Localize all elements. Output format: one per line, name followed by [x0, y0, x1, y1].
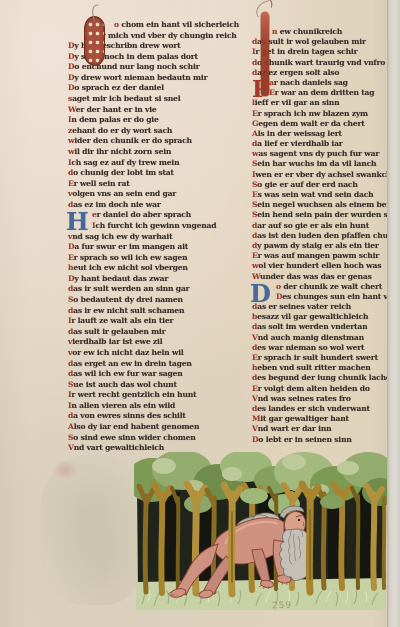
rubricated-letter: d [252, 221, 257, 230]
rubricated-letter: d [252, 37, 257, 46]
rubricated-letter: d [68, 411, 73, 420]
eye [298, 519, 300, 521]
rubricated-letter: z [68, 126, 72, 135]
text-line: So sind ewe sinn wider chomen [68, 433, 244, 444]
text-line: Da fur swur er im mangen ait [68, 242, 244, 253]
rubricated-letter: D [252, 435, 258, 444]
rubricated-letter: E [68, 179, 74, 188]
rubricated-letter: D [68, 274, 74, 283]
text-line: In allen vieren als ein wild [68, 401, 244, 412]
text-line: Er was auf mangen pawm schir [252, 251, 390, 261]
text-line: vnd sag ich ew dy warhait [68, 232, 244, 243]
text-line: So gie er auf der erd nach [252, 180, 390, 190]
text-line: des landes er sich vnderwant [252, 404, 390, 414]
text-line: ar nach daniels sag [252, 78, 390, 88]
text-line: Er sprach ir sult hundert swert [252, 353, 390, 363]
rubricated-letter: n [272, 27, 277, 36]
text-line: das ist den iuden den pfaffen chunt [252, 231, 390, 241]
rubricated-letter: S [252, 210, 257, 219]
text-line: Ir get in drein tagen schir [252, 47, 390, 57]
rubricated-letter: D [68, 41, 74, 50]
text-line: Wunder das was das er genas [252, 272, 390, 282]
rubricated-letter: I [68, 401, 71, 410]
text-line: Gegen dem walt er da chert [252, 119, 390, 129]
rubricated-letter: I [252, 47, 255, 56]
text-line: Iwen er er vber dy achsel swankch [252, 170, 390, 180]
text-line: da von ewres sinns des schilt [68, 411, 244, 422]
rubricated-letter: d [252, 322, 257, 331]
text-line: Als in der weissag lert [252, 129, 390, 139]
text-line: Vnd wart er dar inn [252, 424, 390, 434]
illuminated-initial [84, 16, 105, 66]
text-line: Ich furcht ich gewinn vngenad [68, 221, 244, 232]
rubricated-letter: M [252, 414, 260, 423]
text-line: Wer der hant er in vie [68, 105, 244, 116]
text-line: vor ew ich nicht daz heln wil [68, 348, 244, 359]
text-line: das solt im werden vndertan [252, 322, 390, 332]
text-line: wol vier hundert ellen hoch was [252, 261, 390, 271]
text-line: Des chunges sun ein hant vie [252, 292, 390, 302]
text-line: Ir wert recht gentzlich ein hunt [68, 390, 244, 401]
rubricated-letter: S [252, 159, 257, 168]
rubricated-letter: w [252, 261, 258, 270]
rubricated-letter: b [252, 312, 257, 321]
text-line: o der chunik ze walt chert [252, 282, 390, 292]
rubricated-letter: E [269, 88, 275, 97]
rubricated-letter: E [252, 109, 258, 118]
text-line: wil dir ihr nicht zorn sein [68, 147, 244, 158]
rubricated-letter: W [68, 105, 76, 114]
page-edge [387, 0, 400, 627]
text-line: Es was sein wat vnd sein dach [252, 190, 390, 200]
text-line: Sein negel wuchsen als einem ber [252, 200, 390, 210]
text-line: Sue ist auch das wol chunt [68, 380, 244, 391]
text-line: Ich sag ez auf dy trew mein [68, 158, 244, 169]
text-line: Er volgt dem alten heiden do [252, 384, 390, 394]
rubricated-letter: d [252, 343, 257, 352]
text-line: das ez im doch nie war [68, 200, 244, 211]
illuminated-initial: D [250, 282, 271, 306]
rubricated-letter: d [252, 373, 257, 382]
rubricated-letter: d [68, 168, 73, 177]
rubricated-letter: V [68, 443, 74, 452]
rubricated-letter: d [68, 359, 73, 368]
text-line: da lief er vierdhalb iar [252, 139, 390, 149]
rubricated-letter: d [252, 58, 257, 67]
rubricated-letter: S [252, 180, 257, 189]
rubricated-letter: I [252, 170, 255, 179]
rubricated-letter: V [252, 394, 258, 403]
column-left: o chom ein hant vil sicherleichder mich … [68, 20, 244, 454]
text-line: heben vnd sult ritter machen [252, 363, 390, 373]
rubricated-letter: v [68, 337, 72, 346]
rubricated-letter: D [68, 62, 74, 71]
rubricated-letter: w [68, 147, 74, 156]
illuminated-initial: P [252, 78, 269, 101]
text-line: daz ez ergen solt also [252, 68, 390, 78]
rubricated-letter: v [68, 348, 72, 357]
text-line: Do sprach ez der daniel [68, 83, 244, 94]
rubricated-letter: d [68, 327, 73, 336]
text-line: n ew chunikreich [252, 27, 390, 37]
text-line: das wil ich ew fur war sagen [68, 369, 244, 380]
rubricated-letter: s [68, 94, 72, 103]
text-line: volgen vns an sein end gar [68, 189, 244, 200]
rubricated-letter: w [68, 136, 74, 145]
rubricated-letter: d [68, 369, 73, 378]
text-line: lieff er vil gar an sinn [252, 98, 390, 108]
rubricated-letter: D [68, 242, 74, 251]
miniature-illustration [134, 452, 388, 612]
text-line: So bedautent dy drei namen [68, 295, 244, 306]
rubricated-letter: A [252, 129, 258, 138]
rubricated-letter: S [68, 433, 73, 442]
text-line: Dy drew wort nieman bedautn mir [68, 73, 244, 84]
rubricated-letter: a [269, 78, 274, 87]
illuminated-initial: H [66, 210, 89, 234]
text-line: des begund der iung chunik lachen [252, 373, 390, 383]
text-line: Er well sein rat [68, 179, 244, 190]
text-line: do chunig der lobt im stat [68, 168, 244, 179]
rubricated-letter: D [68, 83, 74, 92]
forest-scene [134, 452, 388, 612]
rubricated-letter: I [92, 221, 95, 230]
rubricated-letter: E [252, 353, 258, 362]
rubricated-letter: S [68, 295, 73, 304]
text-line: wider den chunik er do sprach [68, 136, 244, 147]
text-line: das erget an ew in drein tagen [68, 359, 244, 370]
text-line: Sein har wuchs im da vil lanch [252, 159, 390, 169]
rubricated-letter: d [252, 139, 257, 148]
rubricated-letter: E [252, 190, 258, 199]
text-line: Ir lauft ze walt als ein tier [68, 316, 244, 327]
text-line: Er sprach so wil ich ew sagen [68, 253, 244, 264]
rubricated-letter: d [252, 404, 257, 413]
rubricated-letter: A [68, 422, 74, 431]
rubricated-letter: v [68, 189, 72, 198]
rubricated-letter: I [68, 115, 71, 124]
rubricated-letter: D [68, 52, 74, 61]
text-line: do chunik wart traurig vnd vnfro [252, 58, 390, 68]
rubricated-letter: w [252, 149, 258, 158]
text-line: saget mir ich bedaut si snel [68, 94, 244, 105]
text-line: Vnd was seines rates fro [252, 394, 390, 404]
column-right: n ew chunikreichdas sult ir wol gelauben… [252, 27, 390, 445]
rubricated-letter: D [276, 292, 282, 301]
rubricated-letter: S [68, 380, 73, 389]
text-line: Also dy iar end habent genomen [68, 422, 244, 433]
folio-number: 259 [272, 601, 293, 612]
rubricated-letter: I [68, 158, 71, 167]
text-line: dy pawm dy staig er als ein tier [252, 241, 390, 251]
text-line: das ir ew nicht sult schamen [68, 306, 244, 317]
text-line: des war nieman so wol wert [252, 343, 390, 353]
text-line: heut ich ew nicht sol vbergen [68, 263, 244, 274]
text-line: Mit gar gewaltiger hant [252, 414, 390, 424]
hanging-leaves [240, 488, 268, 504]
text-line: vierdhalb iar ist ewe zil [68, 337, 244, 348]
rubricated-letter: h [252, 363, 257, 372]
rubricated-letter: h [68, 263, 73, 272]
rubricated-letter: V [252, 333, 258, 342]
text-line: besazz vil gar gewaltichleich [252, 312, 390, 322]
text-line: Do lebt er in seinen sinn [252, 435, 390, 445]
rubricated-letter: e [92, 210, 97, 219]
text-line: In dem palas er do gie [68, 115, 244, 126]
text-line: er daniel do aber sprach [68, 210, 244, 221]
rubricated-letter: S [252, 200, 257, 209]
text-line: was sagent vns dy puch fur war [252, 149, 390, 159]
text-line: das ir sult werden an sinn gar [68, 284, 244, 295]
rubricated-letter: D [68, 73, 74, 82]
hanging-leaves [320, 495, 344, 509]
text-line: Dy hant bedaut das zwar [68, 274, 244, 285]
text-line: das er seines vater reich [252, 302, 390, 312]
text-line: das sult ir wol gelauben mir [252, 37, 390, 47]
rubricated-letter: o [114, 20, 119, 29]
text-line: das sult ir gelauben mir [68, 327, 244, 338]
rubricated-letter: E [68, 253, 74, 262]
rubricated-letter: G [252, 119, 258, 128]
text-line: dar auf so gie er als ein hunt [252, 221, 390, 231]
rubricated-letter: E [252, 251, 258, 260]
text-line: Er sprach ich nw blazen zym [252, 109, 390, 119]
rubricated-letter: d [68, 284, 73, 293]
rubricated-letter: d [252, 241, 257, 250]
rubricated-letter: o [276, 282, 281, 291]
text-line: Vnd auch manig dienstman [252, 333, 390, 343]
text-line: zehant do er dy wort sach [68, 126, 244, 137]
text-line: Sein hend sein pain der wurden ser [252, 210, 390, 220]
rubricated-letter: d [68, 306, 73, 315]
rubricated-letter: E [252, 384, 258, 393]
rubricated-letter: d [252, 231, 257, 240]
rubricated-letter: V [252, 424, 258, 433]
rubricated-letter: I [68, 316, 71, 325]
text-line: Er war an dem dritten tag [252, 88, 390, 98]
red-pigment-smudge [52, 460, 78, 480]
rubricated-letter: I [68, 390, 71, 399]
manuscript-page: o chom ein hant vil sicherleichder mich … [0, 0, 400, 627]
